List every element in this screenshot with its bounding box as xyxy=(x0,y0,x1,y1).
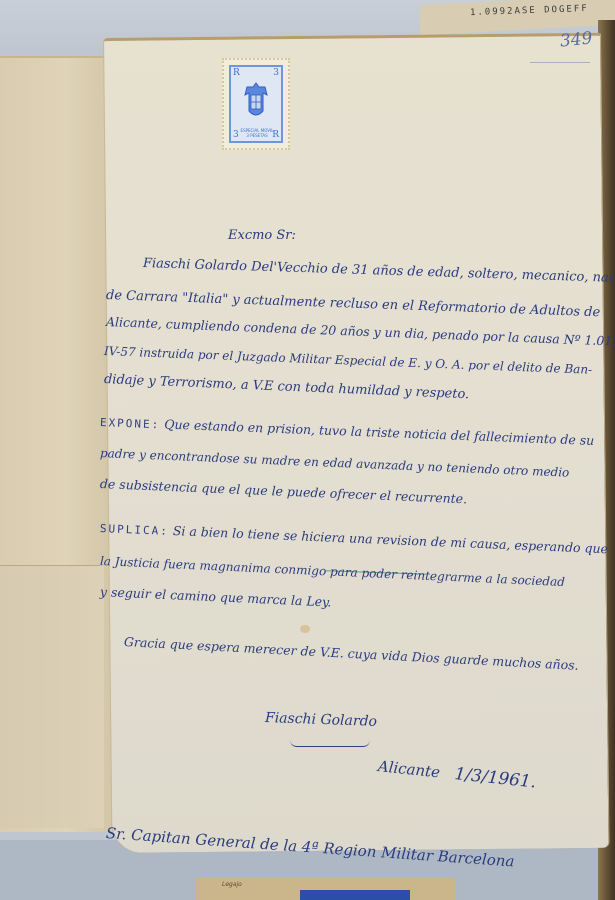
stamp-corner-bl: 3 xyxy=(233,130,239,140)
folio-number: 349 xyxy=(559,28,593,51)
folder-tab-label: Legajo xyxy=(222,881,242,888)
stamp-corner-tr: 3 xyxy=(273,68,279,78)
signature-flourish xyxy=(290,740,370,747)
fiscal-stamp: R 3 3 R ESPECIAL MOVIL 3 PESETAS xyxy=(222,58,290,150)
stamp-frame: R 3 3 R ESPECIAL MOVIL 3 PESETAS xyxy=(229,65,283,143)
stamp-caption: ESPECIAL MOVIL 3 PESETAS xyxy=(239,128,275,138)
left-page-fold xyxy=(0,565,100,566)
salutation: Excmo Sr: xyxy=(228,228,296,243)
left-lower-sheet xyxy=(0,566,104,828)
expone-label: EXPONE: xyxy=(100,416,161,431)
blue-folder-tab xyxy=(300,890,410,900)
folio-underline xyxy=(530,62,590,63)
stamp-corner-tl: R xyxy=(233,68,240,78)
coat-of-arms-icon xyxy=(243,81,269,121)
paper-stain xyxy=(300,625,310,633)
